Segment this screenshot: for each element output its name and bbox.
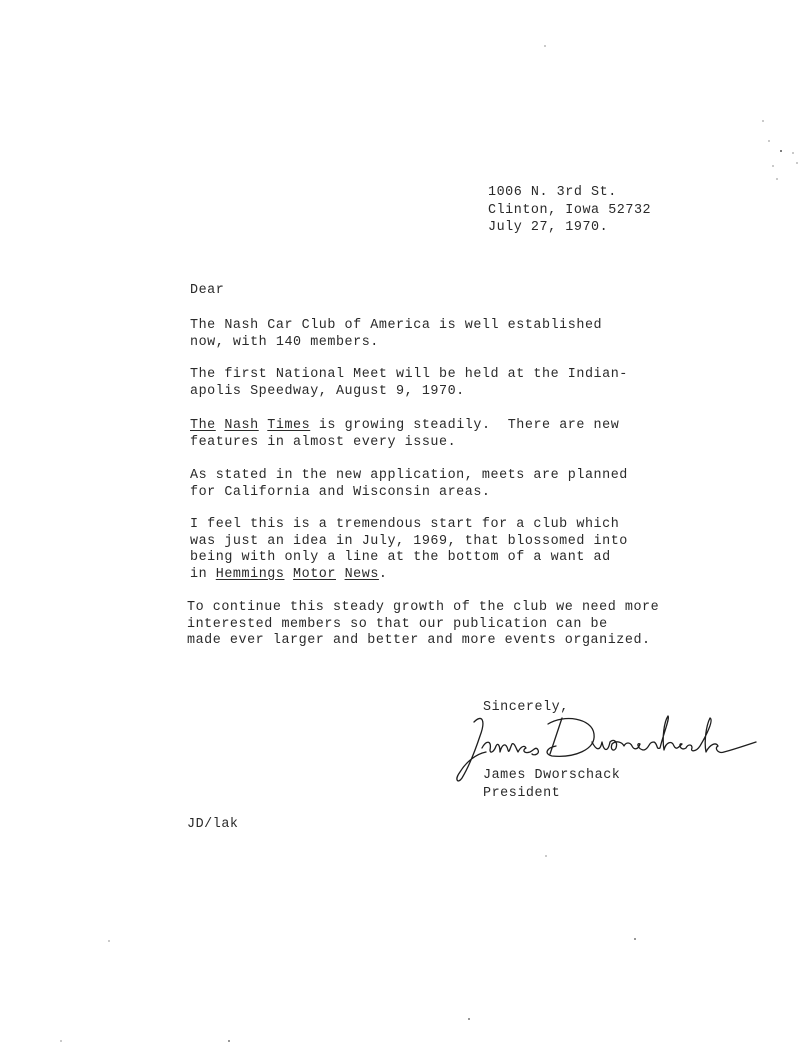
paragraph-line: interested members so that our publicati… (187, 617, 659, 634)
paragraph-membership: The Nash Car Club of America is well est… (190, 318, 602, 351)
salutation: Dear (190, 283, 224, 300)
signer-block: James Dworschack President (483, 767, 620, 802)
scan-speck (768, 140, 770, 142)
paragraph-line: was just an idea in July, 1969, that blo… (190, 534, 628, 551)
paragraph-national-meet: The first National Meet will be held at … (190, 367, 628, 400)
reference-initials: JD/lak (187, 817, 239, 834)
paragraph-line: now, with 140 members. (190, 335, 602, 352)
scan-speck (60, 1040, 62, 1042)
paragraph-line: apolis Speedway, August 9, 1970. (190, 384, 628, 401)
paragraph-continue-growth: To continue this steady growth of the cl… (187, 600, 659, 650)
paragraph-line: being with only a line at the bottom of … (190, 550, 628, 567)
paragraph-line: To continue this steady growth of the cl… (187, 600, 659, 617)
publication-title-word: Hemmings (216, 567, 285, 582)
letter-date: July 27, 1970. (488, 219, 651, 237)
scan-speck (772, 165, 774, 167)
paragraph-line: for California and Wisconsin areas. (190, 485, 628, 502)
paragraph-meets-planned: As stated in the new application, meets … (190, 468, 628, 501)
scan-speck (544, 45, 546, 47)
paragraph-line: The Nash Times is growing steadily. Ther… (190, 418, 619, 435)
scan-speck (796, 162, 798, 164)
paragraph-line: I feel this is a tremendous start for a … (190, 517, 628, 534)
publication-title-word: The (190, 418, 216, 433)
paragraph-line: The first National Meet will be held at … (190, 367, 628, 384)
scan-speck (108, 940, 110, 942)
signer-name: James Dworschack (483, 767, 620, 785)
sender-address: 1006 N. 3rd St. Clinton, Iowa 52732 July… (488, 184, 651, 237)
scan-speck (228, 1040, 230, 1042)
scan-speck (634, 938, 636, 940)
scan-speck (780, 150, 782, 152)
paragraph-text: . (379, 567, 388, 582)
scan-speck (468, 1018, 470, 1020)
publication-title-word: Times (267, 418, 310, 433)
paragraph-line: As stated in the new application, meets … (190, 468, 628, 485)
publication-title-word: Motor (293, 567, 336, 582)
paragraph-line: in Hemmings Motor News. (190, 567, 628, 584)
paragraph-club-origin: I feel this is a tremendous start for a … (190, 517, 628, 583)
paragraph-line: made ever larger and better and more eve… (187, 633, 659, 650)
scan-speck (762, 120, 764, 122)
publication-title-word: News (345, 567, 379, 582)
paragraph-text: is growing steadily. There are new (310, 418, 619, 433)
scan-speck (792, 152, 794, 154)
publication-title-word: Nash (224, 418, 258, 433)
paragraph-line: The Nash Car Club of America is well est… (190, 318, 602, 335)
paragraph-nash-times: The Nash Times is growing steadily. Ther… (190, 418, 619, 451)
signer-title: President (483, 785, 620, 803)
scan-speck (545, 855, 547, 857)
paragraph-text: in (190, 567, 216, 582)
paragraph-line: features in almost every issue. (190, 435, 619, 452)
address-street: 1006 N. 3rd St. (488, 184, 651, 202)
scan-speck (776, 178, 778, 180)
address-city-state-zip: Clinton, Iowa 52732 (488, 202, 651, 220)
